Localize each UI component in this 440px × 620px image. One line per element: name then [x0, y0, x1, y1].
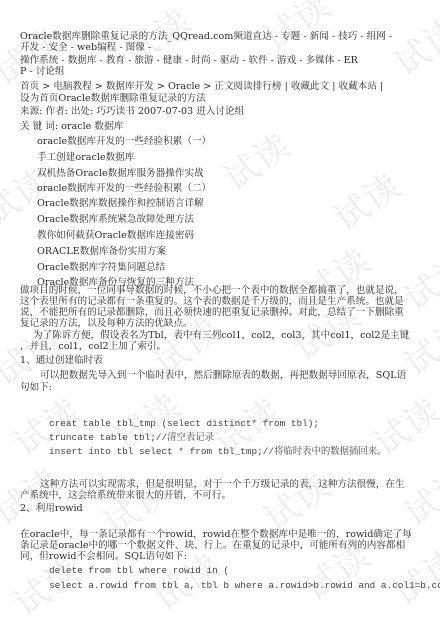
document-page: Oracle数据库删除重复记录的方法_QQread.com频道直达 - 专题 -… [0, 0, 440, 620]
paragraph-line: 条记录是oracle中的哪一个数据文件、块、行上。在重复的记录中，可能所有列的内… [20, 540, 405, 551]
paragraph-line: 产系统中，这会给系统带来很大的开销，不可行。 [20, 490, 231, 501]
section-heading: 1、通过创建临时表 [20, 355, 103, 366]
related-article-link[interactable]: 教你如何截获Oracle数据库连接密码 [37, 230, 194, 241]
paragraph-line: 同，但rowid不会相同。SQL语句如下: [20, 551, 187, 562]
paragraph-line: 复记录的方法，以及每种方法的优缺点。 [20, 318, 193, 329]
code-line: select a.rowid from tbl a, tbl b where a… [49, 580, 440, 591]
keywords: 关 键 词: oracle 数据库 [20, 121, 123, 132]
channel-nav-line[interactable]: 开发 - 安全 - web编程 - 图像 - [20, 42, 151, 53]
code-line: truncate table tbl;//清空表记录 [49, 432, 214, 443]
paragraph-line: 可以把数据先导入到一个临时表中，然后删除原表的数据，再把数据导回原表，SQL语 [40, 370, 406, 381]
related-article-link[interactable]: 双机热备Oracle数据库服务器操作实战 [37, 168, 204, 179]
paragraph-line: 这个表里所有的记录都有一条重复的。这个表的数据是千万级的，而且是生产系统。也就是 [20, 296, 404, 307]
paragraph-line: 句如下: [20, 382, 52, 393]
channel-nav-line[interactable]: P - 讨论组 [20, 66, 65, 77]
paragraph-line: 做项目的时候，一位同事导数据的时候，不小心把一个表中的数据全都搞重了，也就是说， [20, 285, 404, 296]
paragraph-line: 说，不能把所有的记录都删除，而且必须快速的把重复记录删掉。对此，总结了一下删除重 [20, 307, 404, 318]
breadcrumb[interactable]: 首页 > 电脑教程 > 数据库开发 > Oracle > 正文阅读排行榜 | 收… [20, 81, 383, 92]
related-article-link[interactable]: oracle数据库开发的一些经验积累（一） [37, 136, 211, 147]
section-heading: 2、利用rowid [20, 503, 83, 514]
related-article-link[interactable]: oracle数据库开发的一些经验积累（二） [37, 183, 211, 194]
paragraph-line: 这种方法可以实现需求，但是很明显，对于一个千万级记录的表，这种方法很慢，在生 [40, 479, 405, 490]
code-line: insert into tbl select * from tbl_tmp;//… [49, 446, 387, 457]
article-title-line[interactable]: Oracle数据库删除重复记录的方法_QQread.com频道直达 - 专题 -… [20, 31, 392, 42]
code-line: delete from tbl where rowid in ( [49, 565, 229, 576]
paragraph-line: 在oracle中，每一条记录都有一个rowid，rowid在整个数据库中是唯一的… [20, 529, 412, 540]
breadcrumb-title[interactable]: 设为首页Oracle数据库删除重复记录的方法 [20, 93, 206, 104]
code-line: creat table tbl_tmp (select distinct* fr… [49, 418, 319, 429]
related-article-link[interactable]: ORACLE数据库备份实用方案 [37, 246, 166, 257]
related-article-link[interactable]: Oracle数据库字符集问题总结 [37, 262, 165, 273]
channel-nav-line[interactable]: 操作系统 - 数据库 - 教育 - 旅游 - 健康 - 时尚 - 驱动 - 软件… [20, 55, 358, 66]
paragraph-line: ，并且，col1，col2上加了索引。 [20, 341, 166, 352]
related-article-link[interactable]: 手工创建oracle数据库 [37, 152, 134, 163]
paragraph-line: 为了陈诉方便，假设表名为Tbl，表中有三列col1，col2，col3，其中co… [33, 330, 409, 341]
source-meta: 来源: 作者: 出处: 巧巧读书 2007-07-03 进入讨论组 [20, 106, 244, 117]
related-article-link[interactable]: Oracle数据库系统紧急故障处理方法 [37, 214, 194, 225]
related-article-link[interactable]: Oracle数据库数据操作和控制语言详解 [37, 198, 204, 209]
